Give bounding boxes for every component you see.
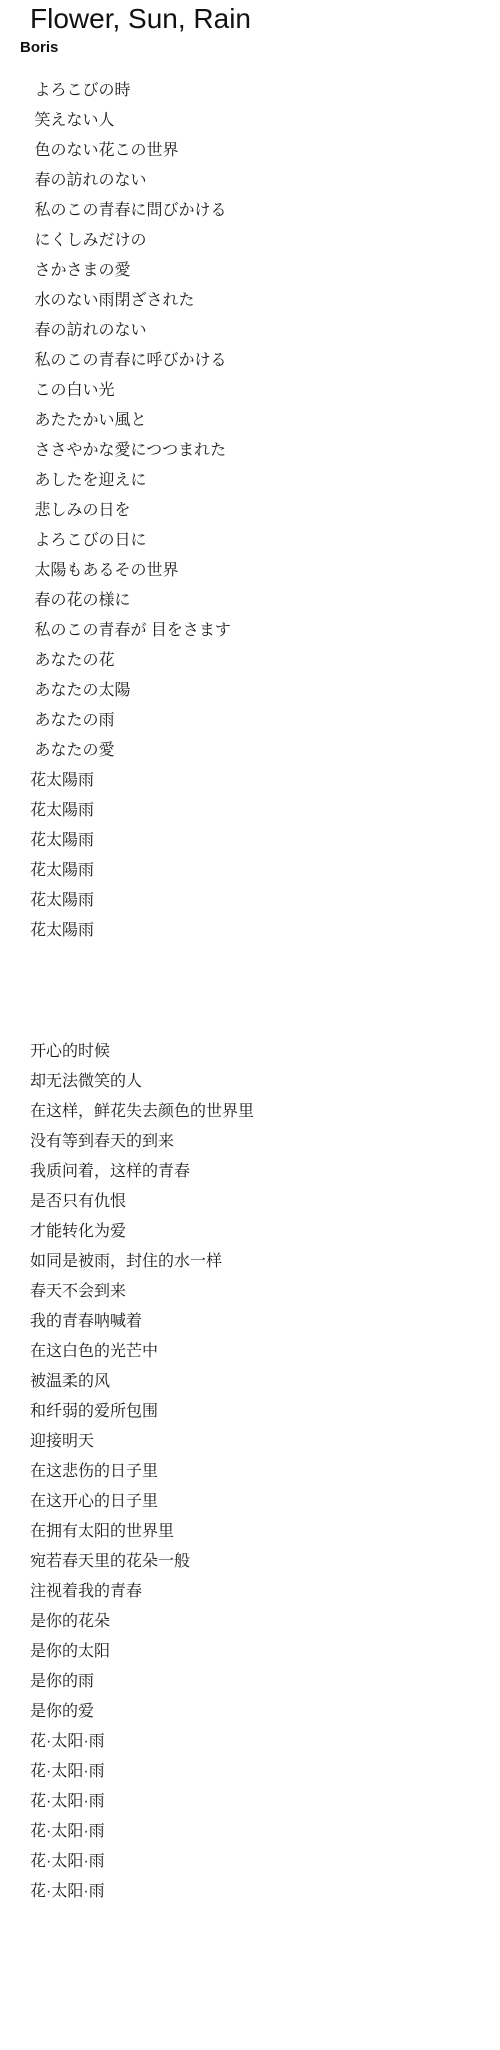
lyric-line: あなたの愛 (30, 736, 480, 766)
lyric-line: さかさまの愛 (30, 256, 480, 286)
lyric-line: 花太陽雨 (30, 766, 480, 796)
lyric-line: 春の訪れのない (30, 166, 480, 196)
lyric-line: 被温柔的风 (30, 1367, 480, 1397)
lyric-line: 花太陽雨 (30, 916, 480, 946)
lyric-line: 在这样，鲜花失去颜色的世界里 (30, 1097, 480, 1127)
lyric-line: よろこびの時 (30, 76, 480, 106)
lyric-line: 宛若春天里的花朵一般 (30, 1547, 480, 1577)
lyric-line: 迎接明天 (30, 1427, 480, 1457)
lyric-line: よろこびの日に (30, 526, 480, 556)
lyric-line: 私のこの青春に問びかける (30, 196, 480, 226)
lyric-line: 花·太阳·雨 (30, 1787, 480, 1817)
lyric-line: あなたの花 (30, 646, 480, 676)
lyric-line: 花·太阳·雨 (30, 1727, 480, 1757)
lyric-line: 在这悲伤的日子里 (30, 1457, 480, 1487)
lyric-line: 开心的时候 (30, 1037, 480, 1067)
lyric-line: 如同是被雨，封住的水一样 (30, 1247, 480, 1277)
lyric-line: 和纤弱的爱所包围 (30, 1397, 480, 1427)
lyrics-japanese-block: よろこびの時 笑えない人 色のない花この世界 春の訪れのない 私のこの青春に問び… (30, 76, 480, 946)
lyric-line: 是你的太阳 (30, 1637, 480, 1667)
lyric-line: あなたの太陽 (30, 676, 480, 706)
lyric-line: 才能转化为爱 (30, 1217, 480, 1247)
lyric-line: ささやかな愛につつまれた (30, 436, 480, 466)
lyric-line: あたたかい風と (30, 406, 480, 436)
lyric-line: あなたの雨 (30, 706, 480, 736)
lyric-line: 春の花の様に (30, 586, 480, 616)
lyric-line: 是否只有仇恨 (30, 1187, 480, 1217)
lyric-line: 是你的雨 (30, 1667, 480, 1697)
lyric-line: 没有等到春天的到来 (30, 1127, 480, 1157)
lyric-line: 花·太阳·雨 (30, 1757, 480, 1787)
lyric-line: 水のない雨閉ざされた (30, 286, 480, 316)
lyric-line: 私のこの青春に呼びかける (30, 346, 480, 376)
lyric-line: 是你的爱 (30, 1697, 480, 1727)
artist-name: Boris (20, 38, 480, 58)
lyric-line: 花·太阳·雨 (30, 1877, 480, 1907)
lyric-line: この白い光 (30, 376, 480, 406)
lyric-line: 在这开心的日子里 (30, 1487, 480, 1517)
lyric-line: 花太陽雨 (30, 886, 480, 916)
lyric-line: 笑えない人 (30, 106, 480, 136)
lyric-line: あしたを迎えに (30, 466, 480, 496)
lyrics-page: Flower, Sun, Rain Boris よろこびの時 笑えない人 色のな… (0, 0, 500, 1907)
lyric-line: 花·太阳·雨 (30, 1847, 480, 1877)
lyric-line: 我的青春呐喊着 (30, 1307, 480, 1337)
lyric-line: 春の訪れのない (30, 316, 480, 346)
lyric-line: 悲しみの日を (30, 496, 480, 526)
lyric-line: 注视着我的青春 (30, 1577, 480, 1607)
lyric-line: 却无法微笑的人 (30, 1067, 480, 1097)
lyric-line: 花太陽雨 (30, 796, 480, 826)
lyric-line: 我质问着，这样的青春 (30, 1157, 480, 1187)
lyric-line: 在拥有太阳的世界里 (30, 1517, 480, 1547)
lyric-line: 花·太阳·雨 (30, 1817, 480, 1847)
lyric-line: 花太陽雨 (30, 856, 480, 886)
lyric-line: 太陽もあるその世界 (30, 556, 480, 586)
page-title: Flower, Sun, Rain (30, 0, 480, 36)
lyric-line: にくしみだけの (30, 226, 480, 256)
lyric-line: 是你的花朵 (30, 1607, 480, 1637)
lyric-line: 色のない花この世界 (30, 136, 480, 166)
lyrics-chinese-block: 开心的时候却无法微笑的人在这样，鲜花失去颜色的世界里没有等到春天的到来我质问着，… (30, 1037, 480, 1907)
lyric-line: 春天不会到来 (30, 1277, 480, 1307)
lyric-line: 私のこの青春が 目をさます (30, 616, 480, 646)
lyric-line: 在这白色的光芒中 (30, 1337, 480, 1367)
lyric-line: 花太陽雨 (30, 826, 480, 856)
